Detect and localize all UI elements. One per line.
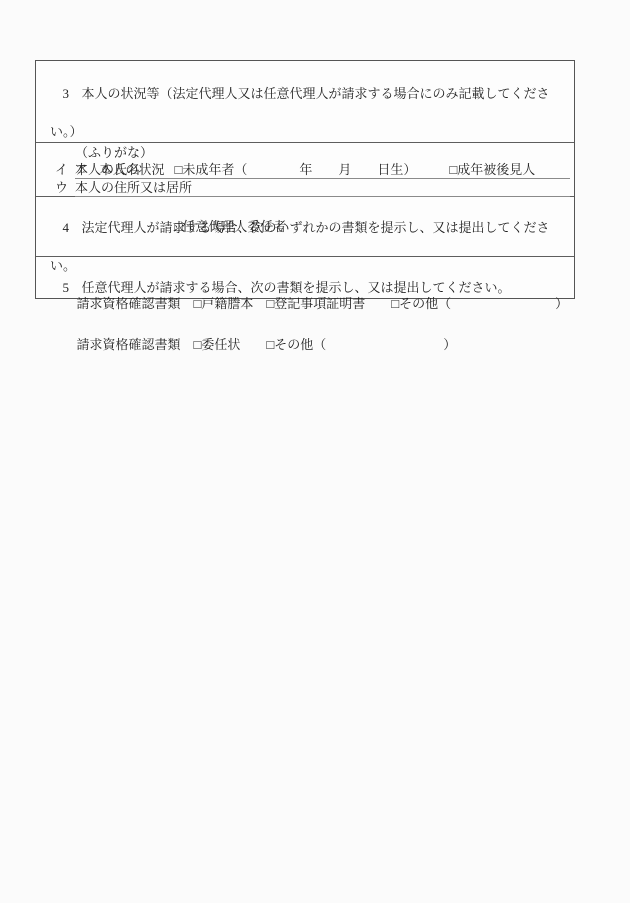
row-i-name-line: イ本人の氏名 — [36, 161, 574, 179]
checkbox-power-of-attorney-label: 委任状 — [201, 337, 240, 352]
checkbox-other-section4-icon[interactable]: □ — [391, 296, 399, 311]
checkbox-other-section5[interactable]: □その他（ ） — [266, 337, 456, 352]
row-u-index: ウ — [55, 179, 75, 197]
checkbox-other-section4[interactable]: □その他（ ） — [391, 296, 568, 311]
section-3-principal-status: 3本人の状況等（法定代理人又は任意代理人が請求する場合にのみ記載してくださ い。… — [36, 61, 574, 142]
section-3-heading-continuation: い。） — [36, 122, 574, 141]
section-3-name-address: （ふりがな） イ本人の氏名 ウ本人の住所又は居所 — [36, 142, 574, 196]
section-5-number: 5 — [63, 278, 82, 297]
section-3-number: 3 — [63, 84, 82, 103]
checkbox-other-section4-label: その他（ ） — [399, 296, 568, 311]
furigana-label: （ふりがな） — [36, 144, 574, 161]
checkbox-registry-certificate-label: 登記事項証明書 — [274, 296, 365, 311]
checkbox-family-register[interactable]: □戸籍謄本 — [194, 296, 254, 311]
checkbox-family-register-label: 戸籍謄本 — [201, 296, 253, 311]
request-form-table: 3本人の状況等（法定代理人又は任意代理人が請求する場合にのみ記載してくださ い。… — [35, 60, 575, 299]
section-4-heading-line: 4法定代理人が請求する場合、次のいずれかの書類を提示し、又は提出してくださ — [36, 199, 574, 256]
checkbox-registry-certificate[interactable]: □登記事項証明書 — [266, 296, 365, 311]
checkbox-power-of-attorney[interactable]: □委任状 — [194, 337, 241, 352]
section-5-docs-label: 請求資格確認書類 — [77, 337, 181, 352]
section-5-documents-line: 請求資格確認書類□委任状□その他（ ） — [36, 316, 574, 373]
row-u-address-line: ウ本人の住所又は居所 — [36, 179, 574, 197]
row-u-label: 本人の住所又は居所 — [75, 180, 192, 195]
section-3-heading: 本人の状況等（法定代理人又は任意代理人が請求する場合にのみ記載してくださ — [82, 86, 550, 101]
name-fill-line[interactable]: 本人の氏名 — [75, 161, 570, 179]
section-4-docs-label: 請求資格確認書類 — [77, 296, 181, 311]
row-i-index: イ — [55, 161, 75, 179]
section-5-heading: 任意代理人が請求する場合、次の書類を提示し、又は提出してください。 — [82, 280, 511, 295]
row-i-label: 本人の氏名 — [75, 162, 140, 177]
section-5-voluntary-representative: 5任意代理人が請求する場合、次の書類を提示し、又は提出してください。 請求資格確… — [36, 256, 574, 298]
section-4-heading: 法定代理人が請求する場合、次のいずれかの書類を提示し、又は提出してくださ — [82, 220, 550, 235]
section-3-heading-line: 3本人の状況等（法定代理人又は任意代理人が請求する場合にのみ記載してくださ — [36, 65, 574, 122]
section-4-legal-representative: 4法定代理人が請求する場合、次のいずれかの書類を提示し、又は提出してくださ い。… — [36, 196, 574, 256]
section-4-number: 4 — [63, 218, 82, 237]
address-fill-line[interactable]: 本人の住所又は居所 — [75, 179, 570, 197]
checkbox-other-section5-label: その他（ ） — [274, 337, 456, 352]
